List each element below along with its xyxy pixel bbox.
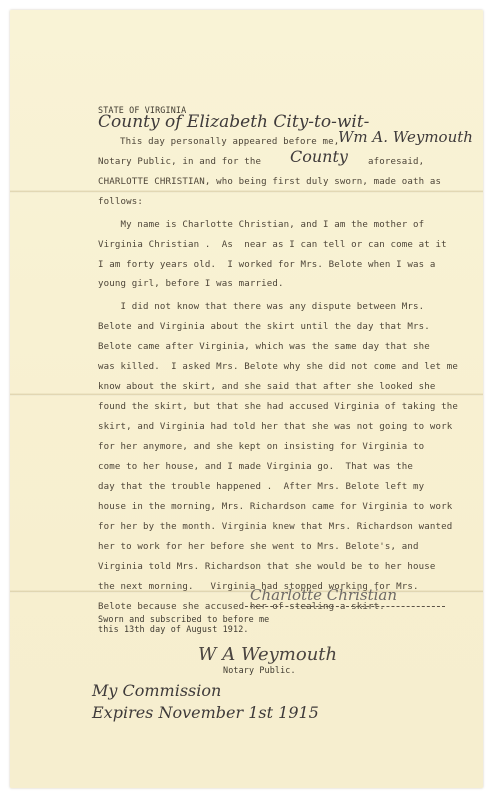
body-line: was killed. I asked Mrs. Belote why she … [98,362,458,372]
body-line: Virginia Christian . As near as I can te… [98,240,447,250]
body-line: skirt, and Virginia had told her that sh… [98,422,452,432]
body-line: come to her house, and I made Virginia g… [98,462,413,472]
jurat-line: Sworn and subscribed to before me [98,614,269,624]
signature-line [245,606,445,607]
body-line: know about the skirt, and she said that … [98,382,436,392]
body-line: found the skirt, but that she had accuse… [98,402,458,412]
body-line: I am forty years old. I worked for Mrs. … [98,260,436,270]
body-line: for her by the month. Virginia knew that… [98,522,452,532]
intro-line: This day personally appeared before me, [120,137,339,147]
intro-line: aforesaid, [368,157,424,167]
county-word-handwritten: County [290,147,348,166]
body-line: Belote came after Virginia, which was th… [98,342,430,352]
affiant-signature: Charlotte Christian [250,586,397,604]
body-line: My name is Charlotte Christian, and I am… [98,220,424,230]
body-line: young girl, before I was married. [98,279,284,289]
notary-signature: W A Weymouth [198,644,337,665]
paper-fold [10,393,483,396]
county-handwritten: County of Elizabeth City-to-wit- [98,112,369,132]
commission-line: Expires November 1st 1915 [92,703,319,722]
intro-line: Notary Public, in and for the [98,157,261,167]
intro-line: follows: [98,197,143,207]
paper-fold [10,190,483,193]
intro-line: CHARLOTTE CHRISTIAN, who being first dul… [98,177,441,187]
body-line: Virginia told Mrs. Richardson that she w… [98,562,436,572]
body-line: Belote and Virginia about the skirt unti… [98,322,430,332]
notary-title: Notary Public. [223,665,296,675]
body-line: for her anymore, and she kept on insisti… [98,442,424,452]
body-line: day that the trouble happened . After Mr… [98,482,424,492]
jurat-line: this 13th day of August 1912. [98,624,249,634]
body-line: house in the morning, Mrs. Richardson ca… [98,502,452,512]
body-line: her to work for her before she went to M… [98,542,419,552]
commission-line: My Commission [92,681,221,700]
notary-name-handwritten: Wm A. Weymouth [338,128,473,146]
body-line: I did not know that there was any disput… [98,302,424,312]
